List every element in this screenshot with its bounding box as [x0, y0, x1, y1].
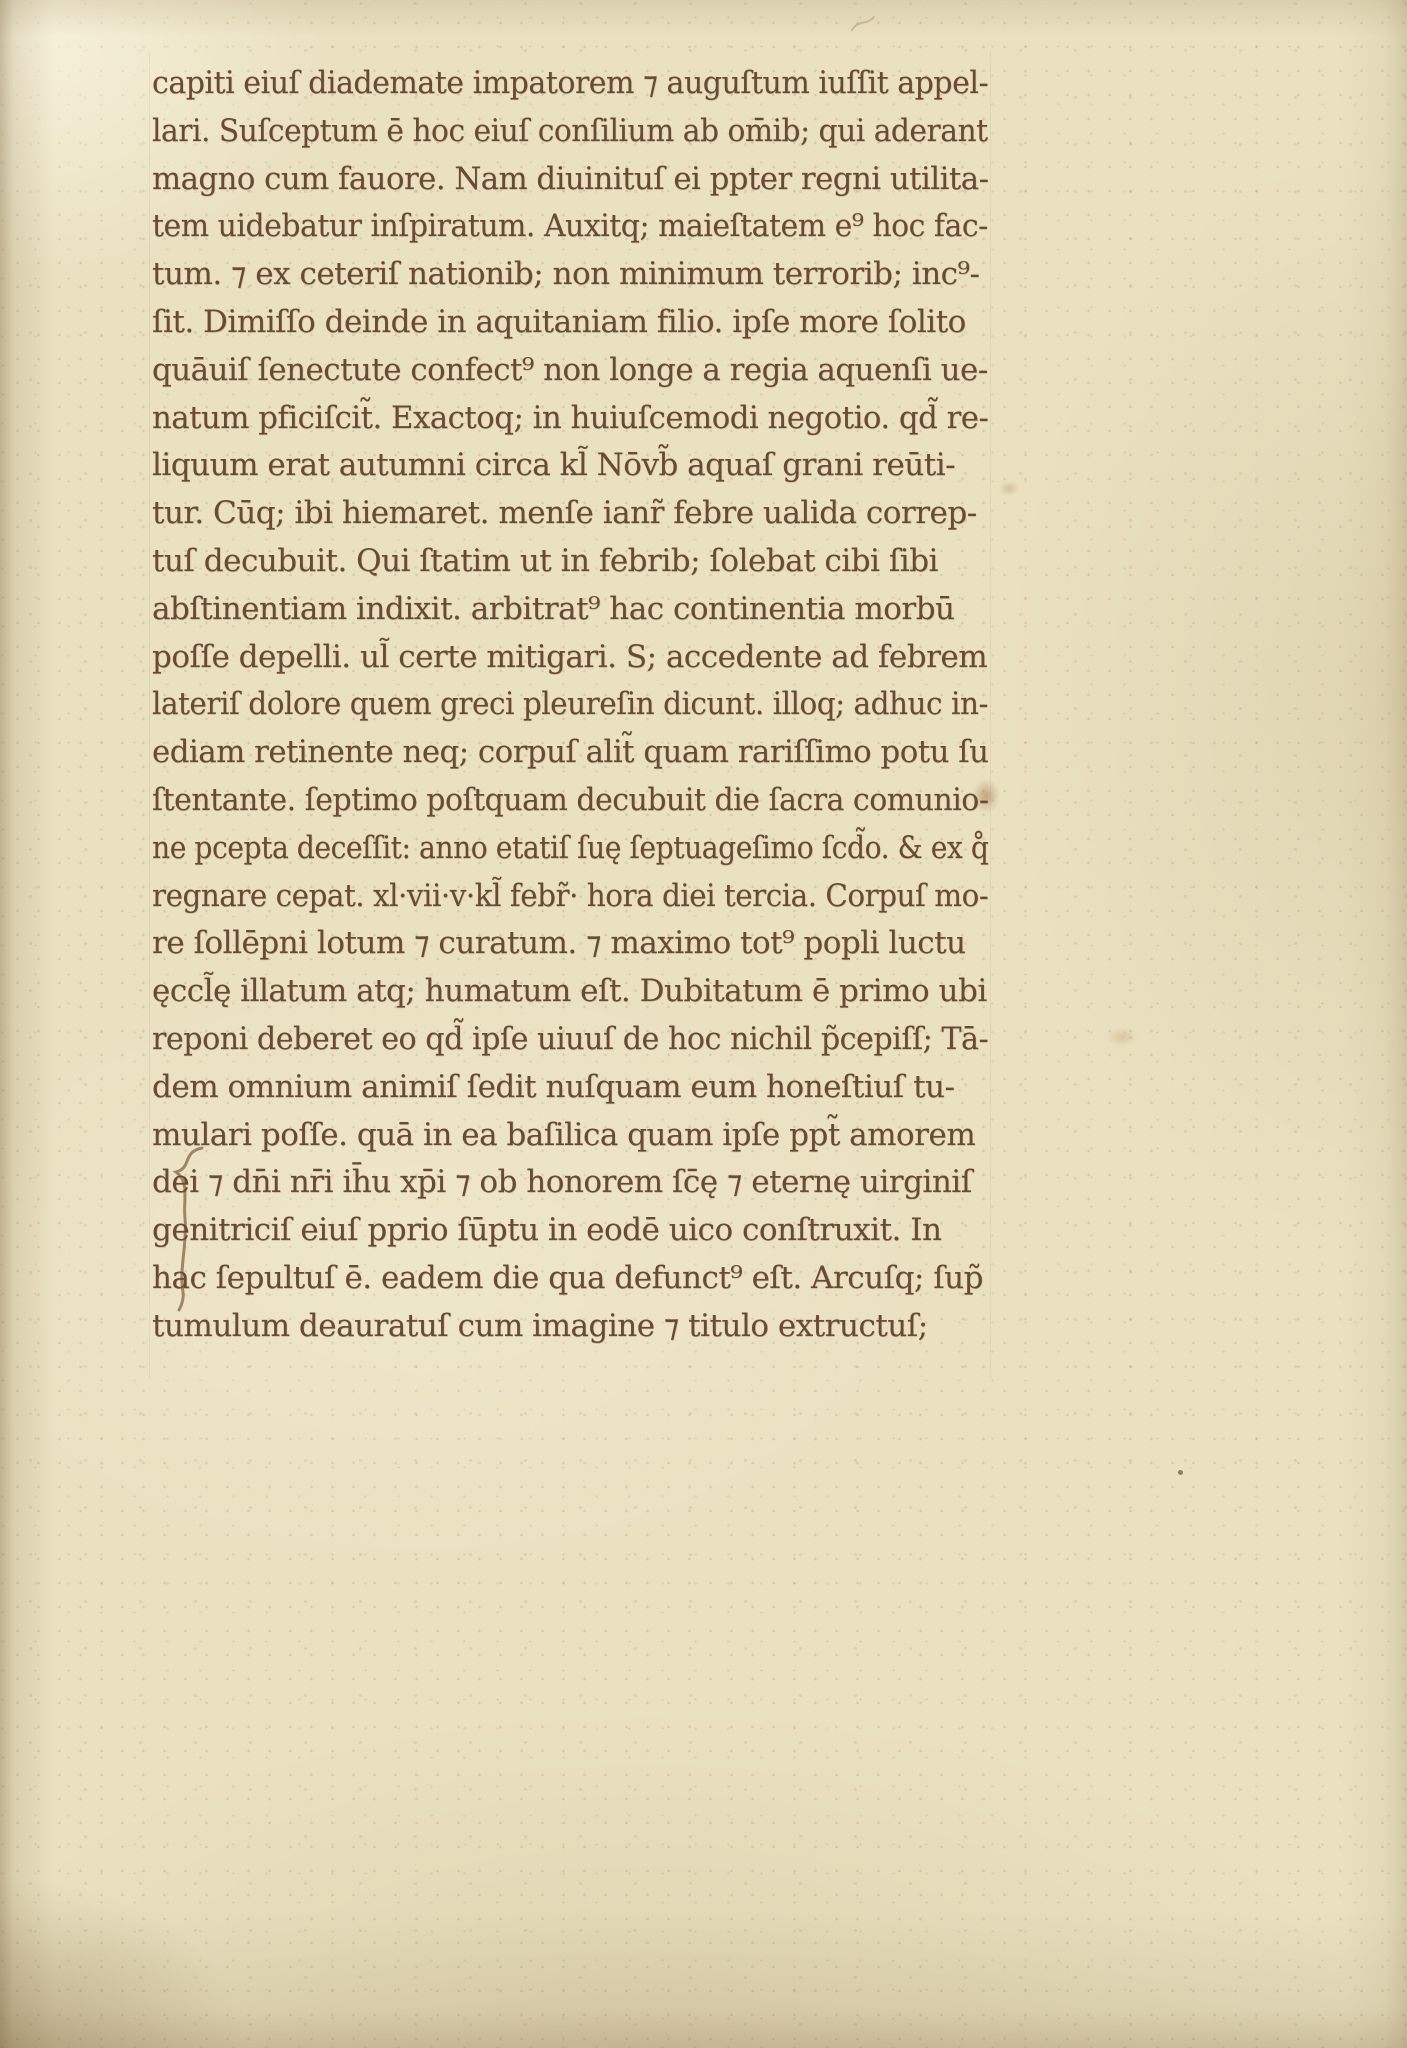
manuscript-text-line: tum. ⁊ ex ceteriſ nationib; non minimum … — [152, 251, 988, 299]
manuscript-text-line: ſit. Dimiſſo deinde in aquitaniam filio.… — [152, 299, 988, 347]
manuscript-text-line: mulari poſſe. quā in ea baſilica quam ip… — [152, 1112, 988, 1160]
manuscript-text-line: reponi deberet eo qd̃ ipſe uiuuſ de hoc … — [152, 1016, 965, 1064]
manuscript-text-line: poſſe depelli. ul̃ certe mitigari. S; ac… — [152, 634, 988, 682]
manuscript-text-line: regnare cepat. xl·vii·v·kl̃ febr̃· hora … — [152, 873, 944, 921]
manuscript-text-line: natum pficiſcit̃. Exactoq; in huiuſcemod… — [152, 395, 981, 443]
manuscript-text-line: tem uidebatur inſpiratum. Auxitq; maieſt… — [152, 203, 958, 251]
text-block: capiti eiuſ diademate impatorem ⁊ auguſt… — [152, 60, 988, 1351]
manuscript-text-line: capiti eiuſ diademate impatorem ⁊ auguſt… — [152, 60, 961, 108]
manuscript-text-line: ęccl̃ę illatum atq; humatum eſt. Dubitat… — [152, 968, 988, 1016]
manuscript-text-line: genitriciſ eiuſ pprio ſūptu in eodē uico… — [152, 1207, 988, 1255]
manuscript-text-line: liquum erat autumni circa kl̃ Nōvb̃ aqua… — [152, 442, 988, 490]
manuscript-text-line: hac ſepultuſ ē. eadem die qua defunct⁹ e… — [152, 1255, 988, 1303]
manuscript-text-line: ne pcepta deceſſit: anno etatiſ ſuę ſept… — [152, 825, 912, 873]
parchment-stain — [999, 481, 1019, 496]
faint-pen-mark — [850, 14, 880, 34]
manuscript-page: capiti eiuſ diademate impatorem ⁊ auguſt… — [0, 0, 1407, 2048]
manuscript-text-line: ſtentante. ſeptimo poſtquam decubuit die… — [152, 777, 959, 825]
manuscript-text-line: tumulum deauratuſ cum imagine ⁊ titulo e… — [152, 1303, 988, 1351]
manuscript-text-line: re ſollēpni lotum ⁊ curatum. ⁊ maximo to… — [152, 920, 988, 968]
manuscript-text-line: dem omnium animiſ ſedit nuſquam eum hone… — [152, 1064, 988, 1112]
parchment-stain — [1106, 1028, 1138, 1046]
ruling-line-right — [990, 52, 991, 1378]
manuscript-text-line: ediam retinente neq; corpuſ alit̃ quam r… — [152, 729, 982, 777]
manuscript-text-line: tuſ decubuit. Qui ſtatim ut in febrib; ſ… — [152, 538, 988, 586]
manuscript-text-line: quāuiſ ſenectute confect⁹ non longe a re… — [152, 347, 984, 395]
manuscript-text-line: magno cum fauore. Nam diuinituſ ei ppter… — [152, 156, 980, 204]
manuscript-text-line: tur. Cūq; ibi hiemaret. menſe ianr̃ febr… — [152, 490, 988, 538]
ruling-line-left — [149, 52, 150, 1378]
manuscript-text-line: lari. Suſceptum ē hoc eiuſ conſilium ab … — [152, 108, 953, 156]
manuscript-text-line: dei ⁊ dn̄i nr̄i ih̄u xp̄i ⁊ ob honorem ſ… — [152, 1159, 988, 1207]
ink-speck — [1178, 1470, 1183, 1475]
manuscript-text-line: abſtinentiam indixit. arbitrat⁹ hac cont… — [152, 586, 988, 634]
manuscript-text-line: lateriſ dolore quem greci pleureſin dicu… — [152, 681, 947, 729]
